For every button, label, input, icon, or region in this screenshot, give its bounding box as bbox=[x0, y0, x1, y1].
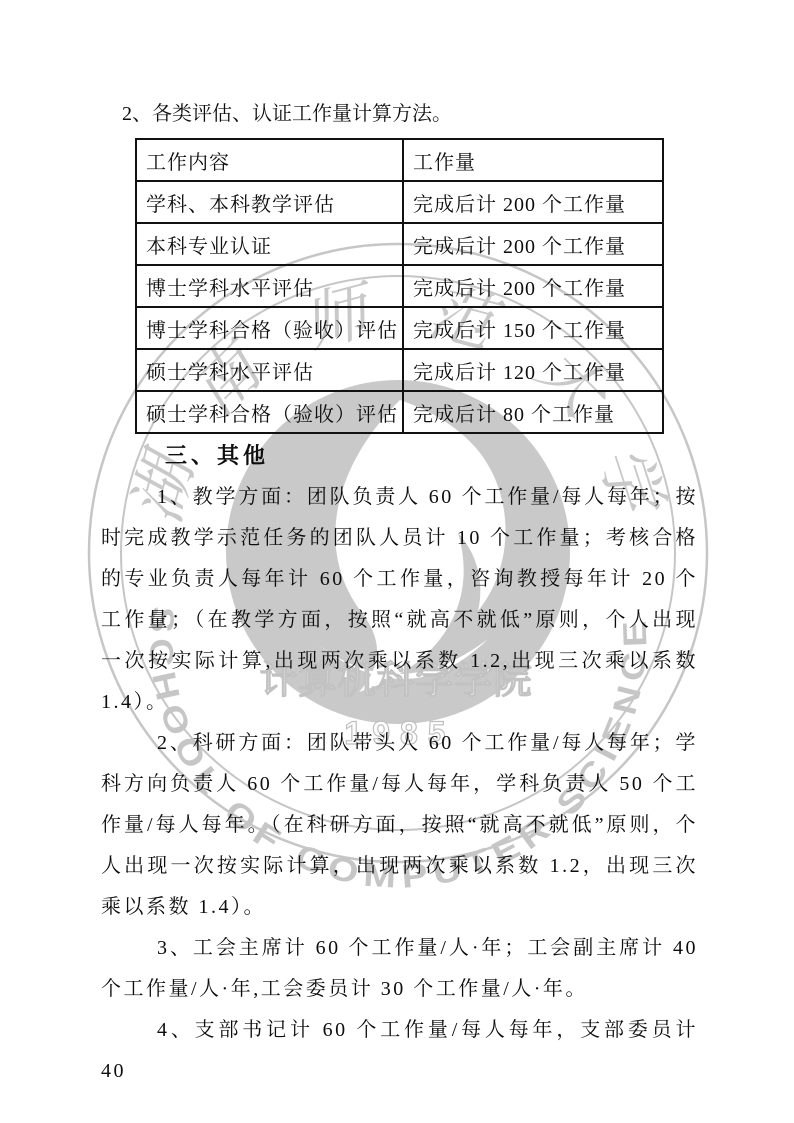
table-cell: 完成后计 150 个工作量 bbox=[403, 307, 663, 349]
table-cell: 完成后计 200 个工作量 bbox=[403, 223, 663, 265]
table-cell: 学科、本科教学评估 bbox=[136, 181, 403, 223]
table-header-cell: 工作内容 bbox=[136, 139, 403, 181]
table-header-cell: 工作量 bbox=[403, 139, 663, 181]
table-cell: 硕士学科合格（验收）评估 bbox=[136, 391, 403, 433]
paragraph-party-branch: 4、支部书记计 60 个工作量/每人每年，支部委员计 40 bbox=[101, 1010, 698, 1092]
table-cell: 完成后计 200 个工作量 bbox=[403, 181, 663, 223]
table-cell: 完成后计 120 个工作量 bbox=[403, 349, 663, 391]
table-row: 博士学科水平评估 完成后计 200 个工作量 bbox=[136, 265, 663, 307]
document-page: 湖 南 师 范 大 学 SCHOOL OF COMPUTER SCIENCE 计… bbox=[0, 0, 794, 1123]
paragraph-union: 3、工会主席计 60 个工作量/人·年；工会副主席计 40 个工作量/人·年,工… bbox=[101, 928, 698, 1010]
body-paragraphs: 1、教学方面：团队负责人 60 个工作量/每人每年；按时完成教学示范任务的团队人… bbox=[101, 477, 698, 1092]
table-header-row: 工作内容 工作量 bbox=[136, 139, 663, 181]
table-cell: 博士学科合格（验收）评估 bbox=[136, 307, 403, 349]
table-row: 学科、本科教学评估 完成后计 200 个工作量 bbox=[136, 181, 663, 223]
table-row: 硕士学科合格（验收）评估 完成后计 80 个工作量 bbox=[136, 391, 663, 433]
table-row: 硕士学科水平评估 完成后计 120 个工作量 bbox=[136, 349, 663, 391]
table-cell: 本科专业认证 bbox=[136, 223, 403, 265]
numbered-heading: 2、各类评估、认证工作量计算方法。 bbox=[122, 102, 722, 127]
document-content: 2、各类评估、认证工作量计算方法。 工作内容 工作量 学科、本科教学评估 完成后… bbox=[0, 0, 794, 1123]
table-cell: 博士学科水平评估 bbox=[136, 265, 403, 307]
section-heading: 三、其他 bbox=[165, 443, 269, 469]
table-cell: 硕士学科水平评估 bbox=[136, 349, 403, 391]
table-cell: 完成后计 80 个工作量 bbox=[403, 391, 663, 433]
paragraph-research: 2、科研方面：团队带头人 60 个工作量/每人每年；学科方向负责人 60 个工作… bbox=[101, 723, 698, 928]
table-cell: 完成后计 200 个工作量 bbox=[403, 265, 663, 307]
table-row: 本科专业认证 完成后计 200 个工作量 bbox=[136, 223, 663, 265]
table-row: 博士学科合格（验收）评估 完成后计 150 个工作量 bbox=[136, 307, 663, 349]
workload-table: 工作内容 工作量 学科、本科教学评估 完成后计 200 个工作量 本科专业认证 … bbox=[135, 138, 664, 434]
paragraph-teaching: 1、教学方面：团队负责人 60 个工作量/每人每年；按时完成教学示范任务的团队人… bbox=[101, 477, 698, 723]
